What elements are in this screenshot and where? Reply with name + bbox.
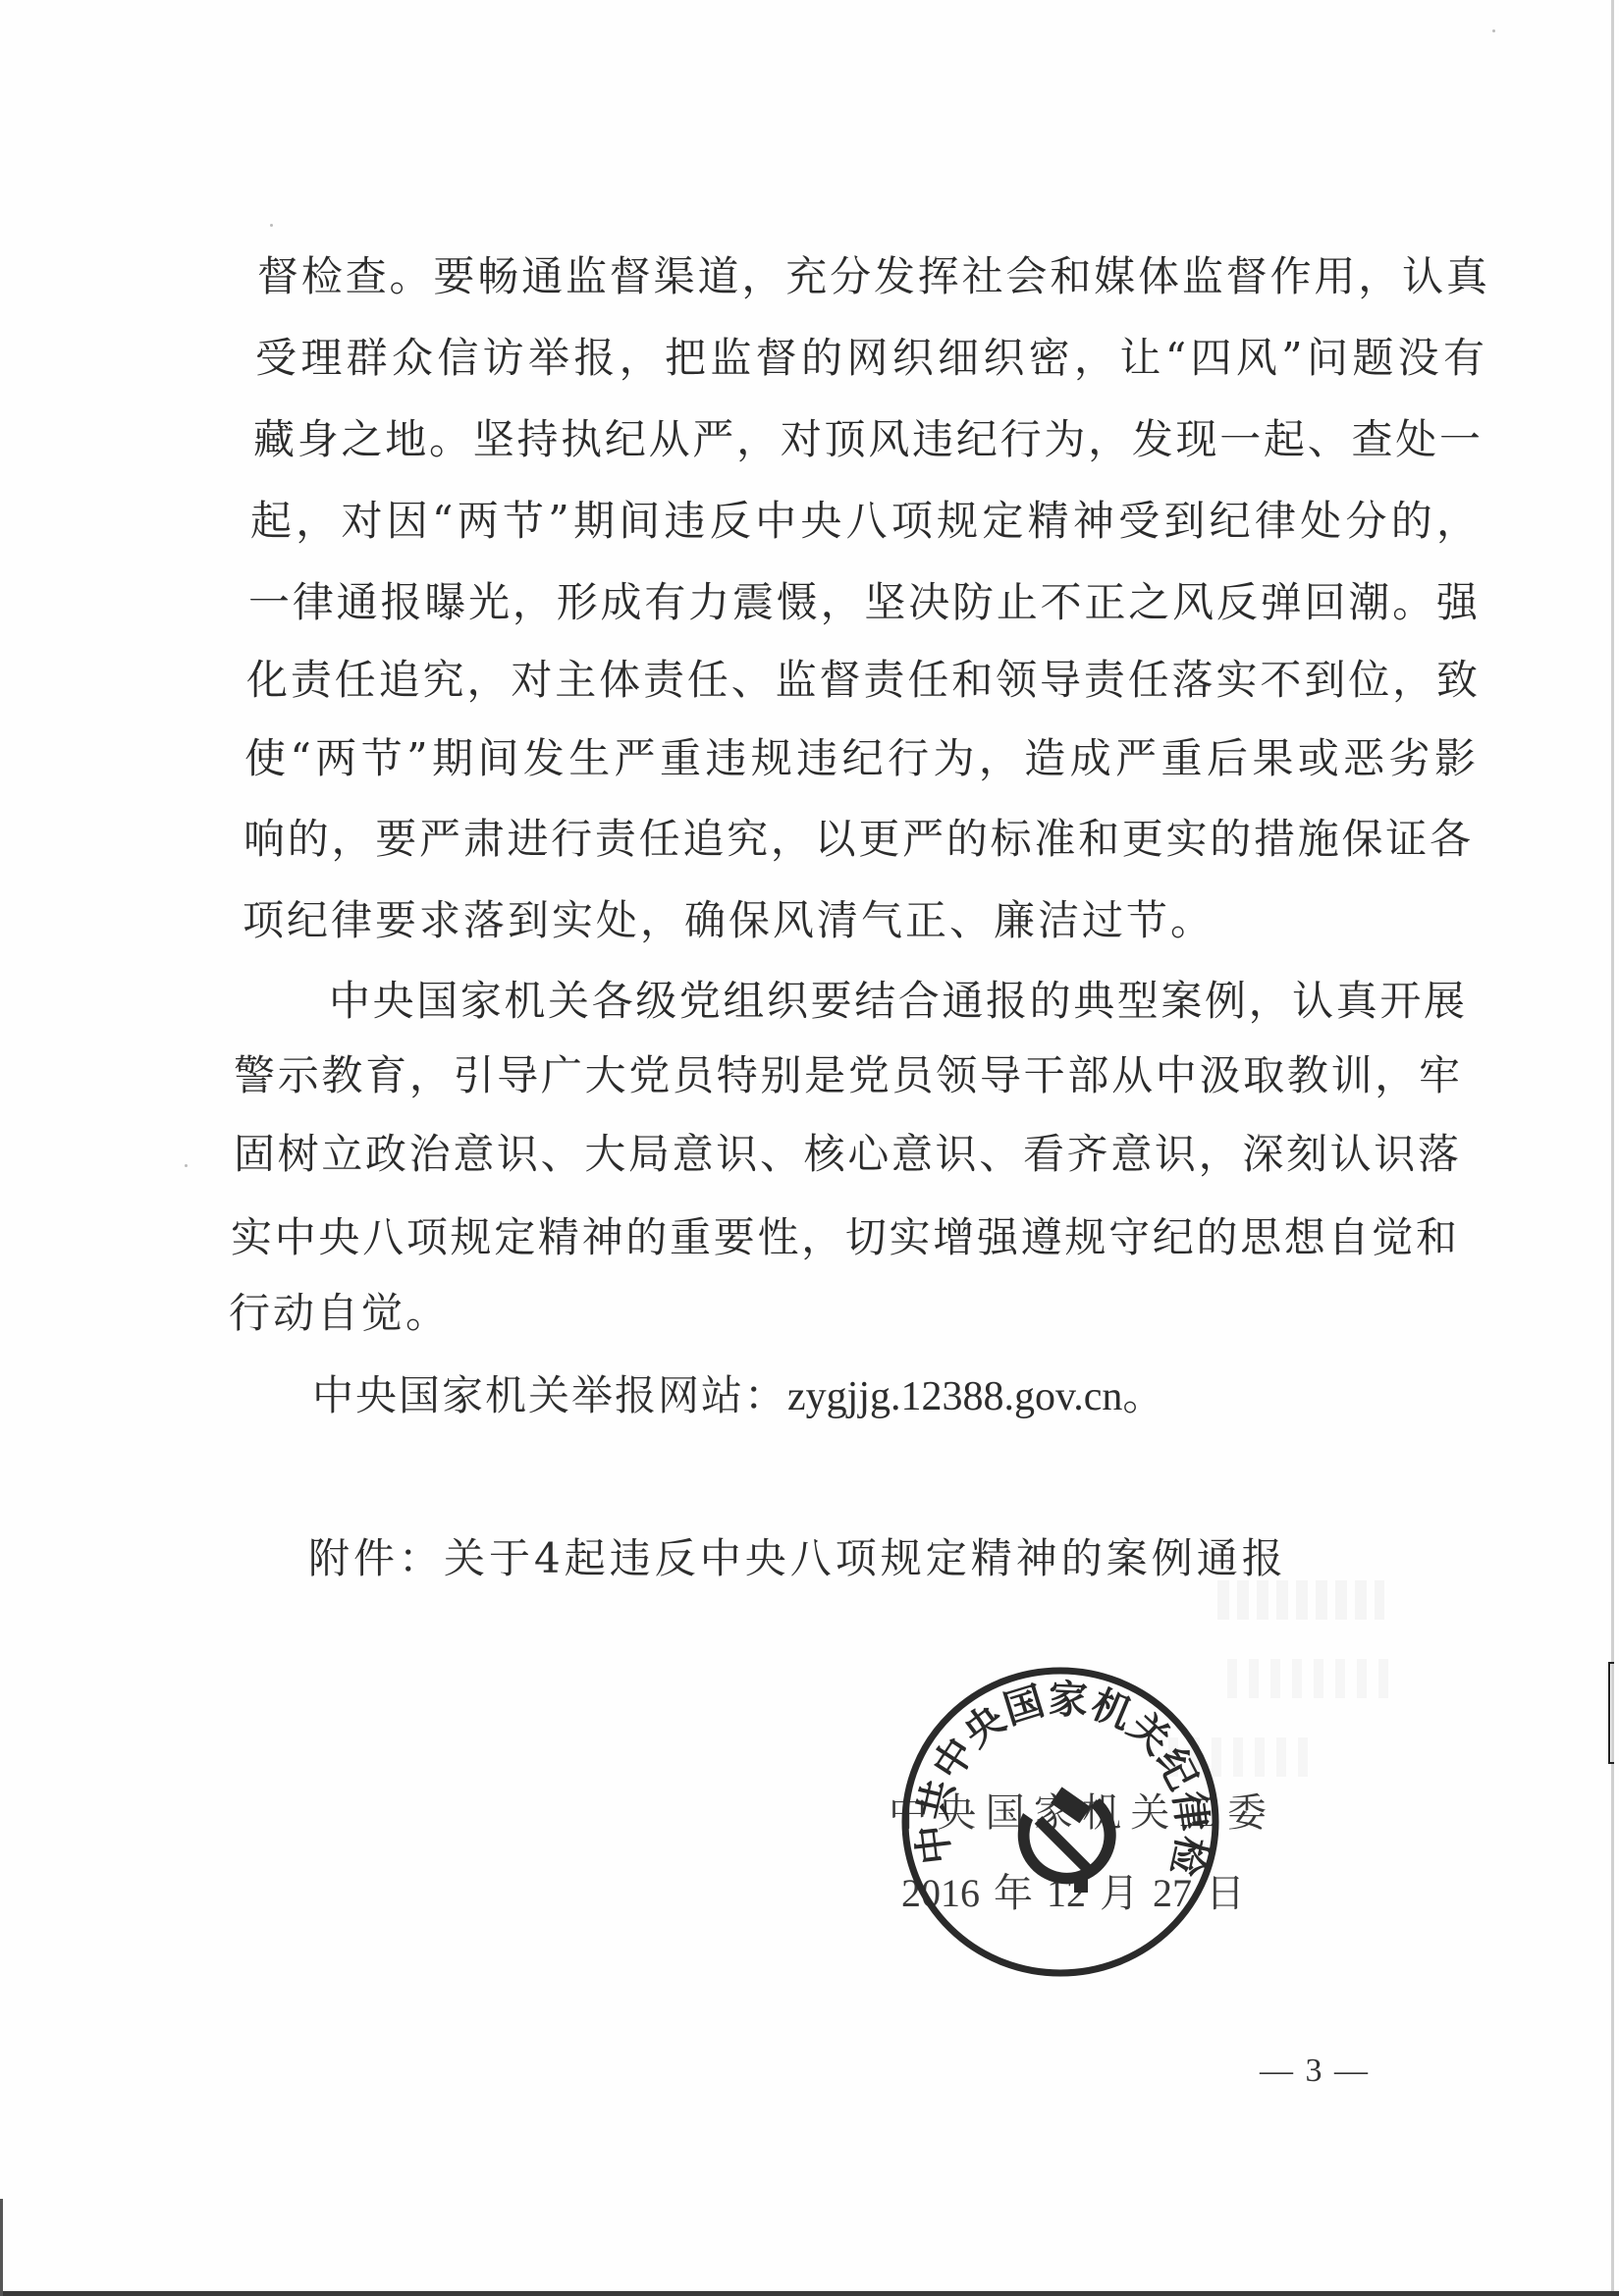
bleed-through-mark <box>1217 1580 1384 1620</box>
report-website-url[interactable]: zygjjg.12388.gov.cn <box>787 1374 1122 1419</box>
seal-graphic: 中共中央国家机关纪律检查工作委员会 <box>900 1666 1220 1978</box>
attachment-line: 附件：关于4起违反中央八项规定精神的案例通报 <box>308 1533 1287 1584</box>
paragraph-1-line: 督检查。要畅通监督渠道，充分发挥社会和媒体监督作用，认真 <box>257 251 1487 302</box>
seal-ring-text: 中共中央国家机关纪律检查工作委员会 <box>900 1666 1215 1881</box>
bleed-through-mark <box>1227 1659 1394 1698</box>
report-website-label: 中央国家机关举报网站： <box>312 1371 787 1419</box>
paragraph-1-line: 藏身之地。坚持执纪从严，对顶风违纪行为，发现一起、查处一 <box>253 414 1481 465</box>
scan-edge-left <box>0 2199 3 2296</box>
paragraph-2-line: 警示教育，引导广大党员特别是党员领导干部从中汲取教训，牢 <box>234 1050 1460 1101</box>
paragraph-1-line: 响的，要严肃进行责任追究，以更严的标准和更实的措施保证各 <box>243 814 1471 865</box>
scan-speck <box>1492 29 1495 32</box>
scan-speck <box>185 1164 188 1167</box>
scan-edge-right <box>1611 0 1614 2296</box>
page-number: — 3 — <box>1260 2050 1370 2093</box>
staple-mark <box>1608 1662 1614 1764</box>
paragraph-1-line: 起，对因“两节”期间违反中央八项规定精神受到纪律处分的， <box>250 496 1478 547</box>
attachment-label: 附件： <box>308 1534 444 1582</box>
paragraph-1-line: 一律通报曝光，形成有力震慑，坚决防止不正之风反弹回潮。强 <box>248 577 1478 628</box>
official-seal: 中共中央国家机关纪律检查工作委员会 <box>900 1666 1220 1978</box>
document-page: 督检查。要畅通监督渠道，充分发挥社会和媒体监督作用，认真 受理群众信访举报，把监… <box>0 0 1619 2296</box>
report-website-line: 中央国家机关举报网站：zygjjg.12388.gov.cn。 <box>312 1370 1165 1421</box>
attachment-title: 关于4起违反中央八项规定精神的案例通报 <box>444 1534 1287 1582</box>
paragraph-1-line: 使“两节”期间发生严重违规违纪行为，造成严重后果或恶劣影 <box>244 733 1476 784</box>
paragraph-1-line: 化责任追究，对主体责任、监督责任和领导责任落实不到位，致 <box>246 655 1478 706</box>
paragraph-1-line: 受理群众信访举报，把监督的网织细织密，让“四风”问题没有 <box>255 333 1484 384</box>
report-website-suffix: 。 <box>1122 1371 1165 1419</box>
paragraph-2-line: 固树立政治意识、大局意识、核心意识、看齐意识，深刻认识落 <box>234 1129 1459 1180</box>
paragraph-2-line-last: 行动自觉。 <box>229 1288 450 1339</box>
scan-edge-bottom <box>0 2291 1619 2296</box>
paragraph-2-line: 中央国家机关各级党组织要结合通报的典型案例，认真开展 <box>329 976 1465 1027</box>
paragraph-2-line: 实中央八项规定精神的重要性，切实增强遵规守纪的思想自觉和 <box>231 1212 1457 1263</box>
paragraph-1-line-last: 项纪律要求落到实处，确保风清气正、廉洁过节。 <box>243 895 1214 946</box>
hammer-and-sickle-icon <box>1018 1787 1116 1893</box>
scan-speck <box>270 224 273 227</box>
